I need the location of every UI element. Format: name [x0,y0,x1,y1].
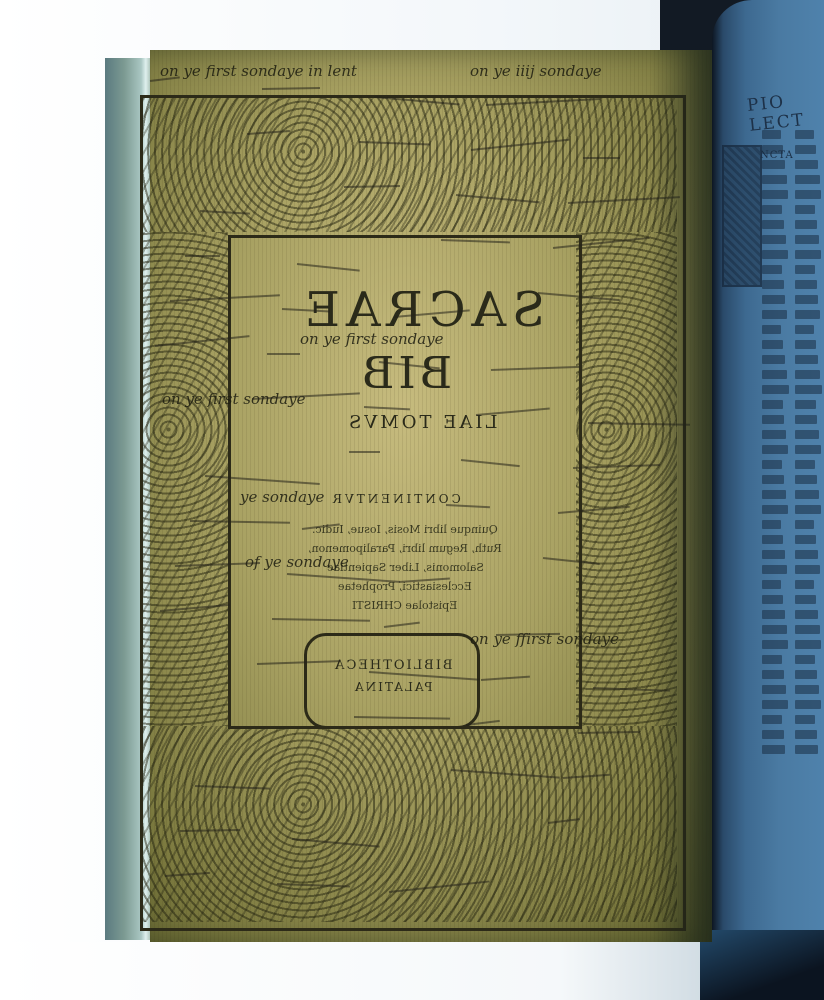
print-line [762,460,782,469]
scribble-stroke [583,157,620,159]
handwritten-note: ye sondaye [240,488,324,506]
print-line [762,205,782,214]
right-page-text-columns [722,130,822,850]
stamp-text-2: PALATINA [353,680,433,694]
subtitle: CONTINENTVR [330,492,461,506]
print-line [795,400,816,409]
scribble-stroke [185,255,220,257]
print-line [762,445,788,454]
print-line [795,700,821,709]
print-line [762,535,783,544]
print-line [795,175,820,184]
print-line [762,280,784,289]
print-line [795,490,819,499]
print-line [795,520,814,529]
print-line [795,190,821,199]
print-line [795,130,814,139]
print-line [762,475,784,484]
print-line [795,145,816,154]
print-line [795,430,819,439]
print-line [762,370,787,379]
handwritten-note: on ye first sondaye [162,390,306,408]
print-line [795,460,815,469]
print-line [795,550,818,559]
print-line [762,655,782,664]
print-line [795,220,817,229]
print-line [795,565,820,574]
right-page-curl [700,930,824,1000]
print-line [762,700,788,709]
print-line [762,340,783,349]
print-line [762,730,784,739]
title-text-3: LIAE TOMVS [346,412,497,433]
print-line [795,355,818,364]
print-line [762,310,787,319]
print-line [762,505,788,514]
scribble-stroke [349,451,380,453]
print-line [795,655,815,664]
gutter-shadow [650,50,712,942]
stamp-line-2: PALATINA [318,680,468,694]
handwritten-note: on ye first sondaye in lent [160,62,357,80]
print-line [762,715,782,724]
print-line [762,685,786,694]
contents-text: Salomonis, Liber Sapientiae [327,558,484,577]
contents-text: Quinque libri Mosis, Iosue, Iudic. [312,520,498,539]
stamp-line-1: BIBLIOTHECA [318,658,468,673]
print-line [795,535,816,544]
print-line [762,175,787,184]
print-line [762,250,788,259]
print-line [762,430,786,439]
print-line [795,310,820,319]
print-line [762,640,788,649]
print-line [762,595,783,604]
title-line-3: LIAE TOMVS [282,412,562,433]
print-line [795,505,821,514]
handwritten-note: of ye sondaye [245,553,349,571]
subtitle-text: CONTINENTVR [330,492,461,506]
print-line [795,265,815,274]
print-line [762,355,785,364]
print-line [762,745,785,754]
title-text-2: BIB [358,348,452,399]
print-line [795,640,821,649]
print-line [762,265,782,274]
print-line [795,340,816,349]
print-line [795,475,817,484]
contents-line: Epistolae CHRISTI [255,596,555,615]
handwritten-note: on ye first sondaye [300,330,444,348]
text-column-right [795,130,822,850]
print-line [762,670,784,679]
print-line [762,130,781,139]
print-line [762,520,781,529]
print-line [795,250,821,259]
print-line [795,610,818,619]
print-line [762,295,785,304]
print-line [762,565,787,574]
print-line [762,580,781,589]
print-line [795,745,818,754]
print-line [762,235,786,244]
print-line [762,625,787,634]
contents-text: Epistolae CHRISTI [352,596,457,615]
print-line [795,685,819,694]
contents-line: Quinque libri Mosis, Iosue, Iudic. [255,520,555,539]
print-line [795,670,817,679]
handwritten-note: on ye iiij sondaye [470,62,602,80]
print-line [795,205,815,214]
print-line [795,595,816,604]
print-line [795,625,820,634]
print-line [795,730,817,739]
print-line [762,145,783,154]
title-line-2: BIB [335,348,475,399]
text-column-left [722,130,789,850]
stamp-text-1: BIBLIOTHECA [333,658,453,673]
print-line [762,220,784,229]
print-line [795,715,815,724]
print-line [795,325,814,334]
scribble-stroke [267,353,300,355]
print-line [762,325,781,334]
print-line [795,415,817,424]
print-line [795,295,818,304]
print-line [762,400,783,409]
print-line [762,190,788,199]
right-page-heading: PIO LECT [746,88,824,136]
print-line [795,280,817,289]
print-line [795,235,819,244]
print-line [762,415,784,424]
print-line [762,160,785,169]
print-line [762,490,786,499]
lightbox-bottom [0,942,700,1000]
print-line [795,160,818,169]
print-line [795,580,814,589]
print-line [762,610,785,619]
print-line [762,550,785,559]
print-line [762,385,789,394]
print-line [795,385,822,394]
print-line [795,445,821,454]
print-line [795,370,820,379]
